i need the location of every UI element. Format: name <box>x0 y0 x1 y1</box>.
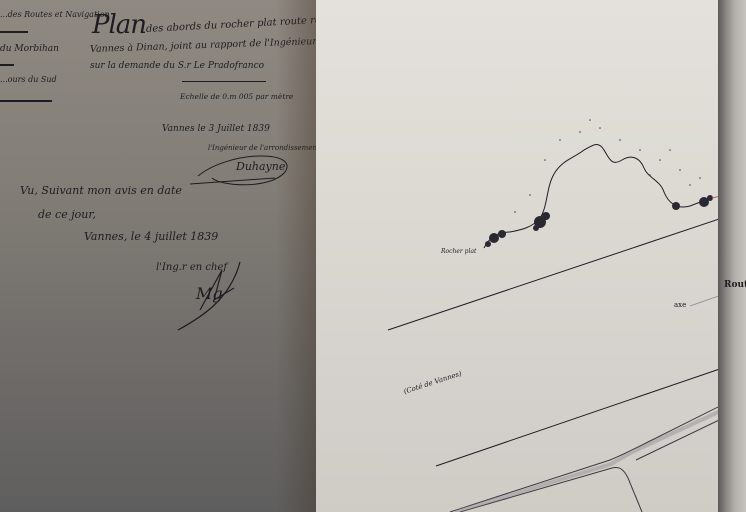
margin-rule-1 <box>0 31 28 33</box>
approval-signature: Mg <box>196 284 223 303</box>
left-sheet-paper: ...des Routes et Navigation du Morbihan … <box>0 0 316 512</box>
rock-coastline <box>484 145 712 248</box>
margin-header-line2: du Morbihan <box>0 44 59 54</box>
side-road <box>450 398 718 512</box>
approval-line-1: Vu, Suivant mon avis en date <box>20 184 182 197</box>
title-underline <box>182 81 266 82</box>
map-title: Plan <box>92 10 146 40</box>
rock-label: Rocher plat <box>441 248 476 255</box>
road-edge-lower <box>436 360 718 466</box>
road-edge-upper <box>388 210 718 330</box>
map-sheet-paper: Rocher plat axe (Coté de Vannes) A <box>316 0 718 512</box>
road-axis-line <box>690 292 718 306</box>
scale-text: Echelle de 0.m 005 par mètre <box>180 92 293 101</box>
margin-rule-2 <box>0 64 14 66</box>
paper-fold-edge: Route <box>718 0 746 512</box>
engineer-role: l'Ingénieur de l'arrondissement <box>208 144 316 152</box>
engineer-place-date: Vannes le 3 Juillet 1839 <box>162 124 270 134</box>
title-line-3: sur la demande du S.r Le Pradofranco <box>90 61 264 71</box>
margin-rule-3 <box>0 100 52 102</box>
approval-line-2: de ce jour, <box>38 208 96 221</box>
route-label: Route <box>724 280 746 290</box>
engineer-signature: Duhayne <box>236 160 285 173</box>
rock-clusters <box>485 195 713 247</box>
title-line-1: des abords du rocher plat route royale N… <box>146 11 316 35</box>
map-drawing <box>316 0 718 512</box>
side-label: (Coté de Vannes) <box>403 370 463 396</box>
axis-label: axe <box>674 301 686 309</box>
stipple-dots <box>514 119 701 213</box>
approval-role: l'Ing.r en chef <box>156 262 227 273</box>
margin-header-line3: ...ours du Sud <box>0 75 57 84</box>
approval-place-date: Vannes, le 4 juillet 1839 <box>84 230 218 243</box>
